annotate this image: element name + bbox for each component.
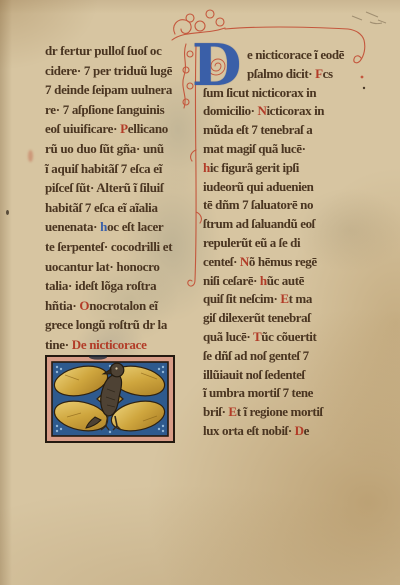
rubricated-text-run: h	[203, 160, 210, 175]
corner-smudge-marks	[352, 12, 386, 24]
text-line: illũiauit noſ ſedenteſ	[203, 367, 344, 386]
right-text-column: e nicticorace ĩ eodēpſalmo dicit· Fcsſum…	[203, 47, 344, 442]
text-run: illũiauit noſ ſedenteſ	[203, 367, 305, 382]
bird-eye	[115, 367, 117, 369]
text-run: ſum ſicut nicticorax in	[203, 85, 316, 100]
text-line: centeſ· Nõ hēmus regē	[203, 254, 344, 273]
text-run: domicilio·	[203, 103, 257, 118]
text-line: iudeorũ qui aduenien	[203, 179, 344, 198]
text-line: eoſ uiuificare· Pellicano	[45, 121, 172, 141]
text-run: cidere· 7 per triduũ lugē	[45, 63, 172, 78]
text-line: e nicticorace ĩ eodē	[247, 47, 344, 66]
text-line: piſceſ ſũt· Alterũ ĩ ſiluiſ	[45, 180, 172, 200]
rubricated-text-run: N	[240, 254, 249, 269]
manuscript-page: D dr fertur pulloſ ſuoſ occidere· 7 per …	[0, 0, 400, 585]
text-line: domicilio· Nicticorax in	[203, 103, 344, 122]
text-line: quiſ ſit neſcim· Et ma	[203, 291, 344, 310]
text-line: te ſerpenteſ· cocodrilli et	[45, 239, 172, 259]
text-run: 7 deinde ſeipam uulnera	[45, 82, 172, 97]
text-line: tine· De nicticorace	[45, 337, 172, 357]
rubricated-text-run: h	[260, 273, 267, 288]
nycticorax-miniature	[45, 355, 175, 443]
text-line: dr fertur pulloſ ſuoſ oc	[45, 43, 172, 63]
ink-speck	[363, 87, 365, 89]
text-run: dr fertur pulloſ ſuoſ oc	[45, 43, 162, 58]
text-run: ſe dñſ ad noſ genteſ 7	[203, 348, 309, 363]
text-line: uenenata· hoc eſt lacer	[45, 219, 172, 239]
text-line: ſum ſicut nicticorax in	[203, 85, 344, 104]
text-line: ĩ umbra mortiſ 7 tene	[203, 385, 344, 404]
text-run: niſi ceſarē·	[203, 273, 260, 288]
text-line: repulerũt eũ a ſe di	[203, 235, 344, 254]
text-run: t ĩ regione mortiſ	[237, 404, 323, 419]
text-run: e	[304, 423, 309, 438]
text-run: uenenata·	[45, 219, 100, 234]
rubricated-text-run: De nicticorace	[72, 337, 147, 352]
text-run: tē dñm 7 ſaluatorē no	[203, 197, 313, 212]
text-line: ſe dñſ ad noſ genteſ 7	[203, 348, 344, 367]
text-run: te ſerpenteſ· cocodrilli et	[45, 239, 172, 254]
text-run: repulerũt eũ a ſe di	[203, 235, 300, 250]
rubricated-text-run: F	[315, 66, 323, 81]
text-line: mũda eſt 7 tenebraſ a	[203, 122, 344, 141]
text-run: habitãſ 7 eſca eĩ aĩalia	[45, 200, 158, 215]
rubricated-text-run: E	[280, 291, 288, 306]
text-line: pſalmo dicit· Fcs	[247, 66, 344, 85]
text-run: quiſ ſit neſcim·	[203, 291, 280, 306]
red-pigment-mark	[28, 150, 33, 162]
text-run: rũ uo duo ſũt gña· unũ	[45, 141, 164, 156]
rubricated-text-run: P	[120, 121, 128, 136]
text-run: iudeorũ qui aduenien	[203, 179, 314, 194]
rubricated-text-run: D	[295, 423, 304, 438]
text-line: grece longũ roſtrũ dr la	[45, 317, 172, 337]
text-run: piſceſ ſũt· Alterũ ĩ ſiluiſ	[45, 180, 163, 195]
text-run: ellicano	[128, 121, 168, 136]
text-line: giſ dilexerũt tenebraſ	[203, 310, 344, 329]
text-run: ſtrum ad ſaluandũ eoſ	[203, 216, 315, 231]
text-line: ĩ aquiſ habitãſ 7 eſca eĩ	[45, 161, 172, 181]
text-run: icticorax in	[266, 103, 324, 118]
text-run: oc eſt lacer	[107, 219, 163, 234]
text-run: õ hēmus regē	[249, 254, 317, 269]
text-run: centeſ·	[203, 254, 240, 269]
text-run: re· 7 aſpſione ſanguinis	[45, 102, 164, 117]
text-line: quã lucē· Tũc cõuertit	[203, 329, 344, 348]
text-run: pſalmo dicit·	[247, 66, 315, 81]
text-line: cidere· 7 per triduũ lugē	[45, 63, 172, 83]
text-line: rũ uo duo ſũt gña· unũ	[45, 141, 172, 161]
text-run: tine·	[45, 337, 72, 352]
text-run: grece longũ roſtrũ dr la	[45, 317, 167, 332]
parchment-speck	[6, 210, 9, 215]
text-line: tē dñm 7 ſaluatorē no	[203, 197, 344, 216]
text-run: briſ·	[203, 404, 228, 419]
text-run: ic figurã gerit ipſi	[210, 160, 299, 175]
text-run: quã lucē·	[203, 329, 253, 344]
text-run: lux orta eſt nobiſ·	[203, 423, 295, 438]
rubricated-text-run: O	[79, 298, 89, 313]
text-line: niſi ceſarē· hũc autē	[203, 273, 344, 292]
text-run: ĩ aquiſ habitãſ 7 eſca eĩ	[45, 161, 162, 176]
rubricated-text-run: E	[228, 404, 236, 419]
rubricated-text-run: T	[253, 329, 261, 344]
text-line: 7 deinde ſeipam uulnera	[45, 82, 172, 102]
text-run: e nicticorace ĩ eodē	[247, 47, 344, 62]
text-run: mũda eſt 7 tenebraſ a	[203, 122, 312, 137]
text-run: ĩ umbra mortiſ 7 tene	[203, 385, 313, 400]
text-run: nocrotalon eĩ	[89, 298, 157, 313]
text-line: mat magiſ quã lucē·	[203, 141, 344, 160]
text-line: hic figurã gerit ipſi	[203, 160, 344, 179]
text-line: habitãſ 7 eſca eĩ aĩalia	[45, 200, 172, 220]
text-run: mat magiſ quã lucē·	[203, 141, 306, 156]
text-run: uocantur lat· honocro	[45, 259, 160, 274]
text-line: ſtrum ad ſaluandũ eoſ	[203, 216, 344, 235]
text-line: uocantur lat· honocro	[45, 259, 172, 279]
text-line: hñtia· Onocrotalon eĩ	[45, 298, 172, 318]
left-text-column: dr fertur pulloſ ſuoſ occidere· 7 per tr…	[45, 43, 172, 357]
text-line: re· 7 aſpſione ſanguinis	[45, 102, 172, 122]
text-run: cs	[323, 66, 333, 81]
text-run: hñtia·	[45, 298, 79, 313]
text-run: talia· ideſt lõga roſtra	[45, 278, 156, 293]
text-line: briſ· Et ĩ regione mortiſ	[203, 404, 344, 423]
nycticorax-miniature-art	[45, 355, 175, 443]
text-run: eoſ uiuificare·	[45, 121, 120, 136]
text-run: ũc cõuertit	[261, 329, 316, 344]
text-run: t ma	[289, 291, 312, 306]
text-run: giſ dilexerũt tenebraſ	[203, 310, 310, 325]
text-line: talia· ideſt lõga roſtra	[45, 278, 172, 298]
text-run: ũc autē	[267, 273, 304, 288]
text-line: lux orta eſt nobiſ· De	[203, 423, 344, 442]
